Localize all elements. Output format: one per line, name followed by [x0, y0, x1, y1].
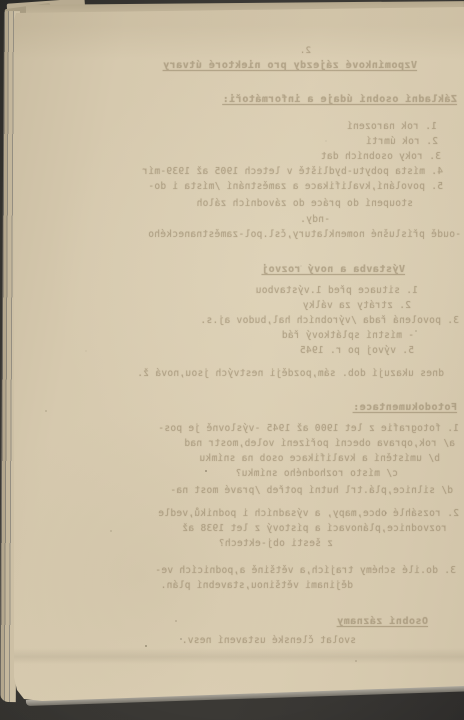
text-line: 3. povolená řada /výrobních hal,budov aj… — [200, 316, 459, 326]
text-line: stoupení do práce do závodních záloh — [196, 199, 413, 209]
text-line: 2. — [300, 47, 311, 56]
text-line: a/ rok,oprava obecní pořízení voleb,most… — [184, 439, 455, 449]
text-line: -ndy. — [300, 215, 330, 225]
text-line: rozvodnice,plánovací a pístový z let 193… — [182, 524, 447, 534]
heading-line: Fotodokumentace: — [353, 403, 457, 413]
text-line: dějinami většinou,stavební plán. — [160, 581, 353, 591]
text-line: c/ místo rozhodného snímku? — [235, 469, 398, 479]
text-line: 2. ztráty za války — [303, 301, 411, 311]
text-line: 5. povolání,kvalifikace a zaměstnání /mí… — [148, 182, 443, 192]
text-line: 2. rozsáhlé obce,mapy, a výsadních i pod… — [158, 509, 459, 519]
text-line: dnes ukazují dob. sám,později nestvých j… — [137, 369, 444, 379]
book-page-surface: 2.Vzpomínkové zájezdy pro niektoré útvar… — [0, 0, 464, 720]
text-line: d/ silnice,plá.trl hutní potřeb /pravé m… — [170, 486, 453, 496]
text-line: svolat členské ustavení nesv. — [181, 636, 356, 646]
heading-line: Vzpomínkové zájezdy pro niektoré útvary — [163, 61, 417, 71]
heading-line: Výstavba a nový rozvoj — [262, 265, 405, 275]
text-line: 5. vývoj po r. 1945 — [300, 346, 414, 356]
text-line: 4. místa pobytu-bydliště v letech 1905 a… — [142, 167, 443, 177]
bleedthrough-text-layer: 2.Vzpomínkové zájezdy pro niektoré útvar… — [0, 0, 464, 720]
text-line: 1. situace před 1.výstavbou — [255, 286, 418, 296]
text-line: 2. rok úmrtí — [366, 137, 438, 147]
text-line: 3. do.ilé schémy trajích,a většině a,pod… — [155, 566, 456, 576]
heading-line: Osobní záznamy — [337, 617, 428, 627]
text-line: -oudě příslušné nomenklatury,čsl.pol-zam… — [148, 230, 461, 240]
heading-line: Základní osobní údaje a informátoři: — [222, 95, 457, 105]
text-line: z šesti obj-ektech? — [219, 539, 333, 549]
scanned-book-page-photo: 2.Vzpomínkové zájezdy pro niektoré útvar… — [0, 0, 464, 720]
text-line: 1. fotografie z let 1900 až 1945 -výslov… — [158, 424, 459, 434]
text-line: 3. roky osobních dat — [321, 152, 441, 162]
text-line: b/ umístění a kvalifikace osob na snímku — [199, 454, 440, 464]
text-line: 1. rok narození — [347, 122, 437, 132]
text-line: - místní splátkový řád — [282, 331, 414, 341]
